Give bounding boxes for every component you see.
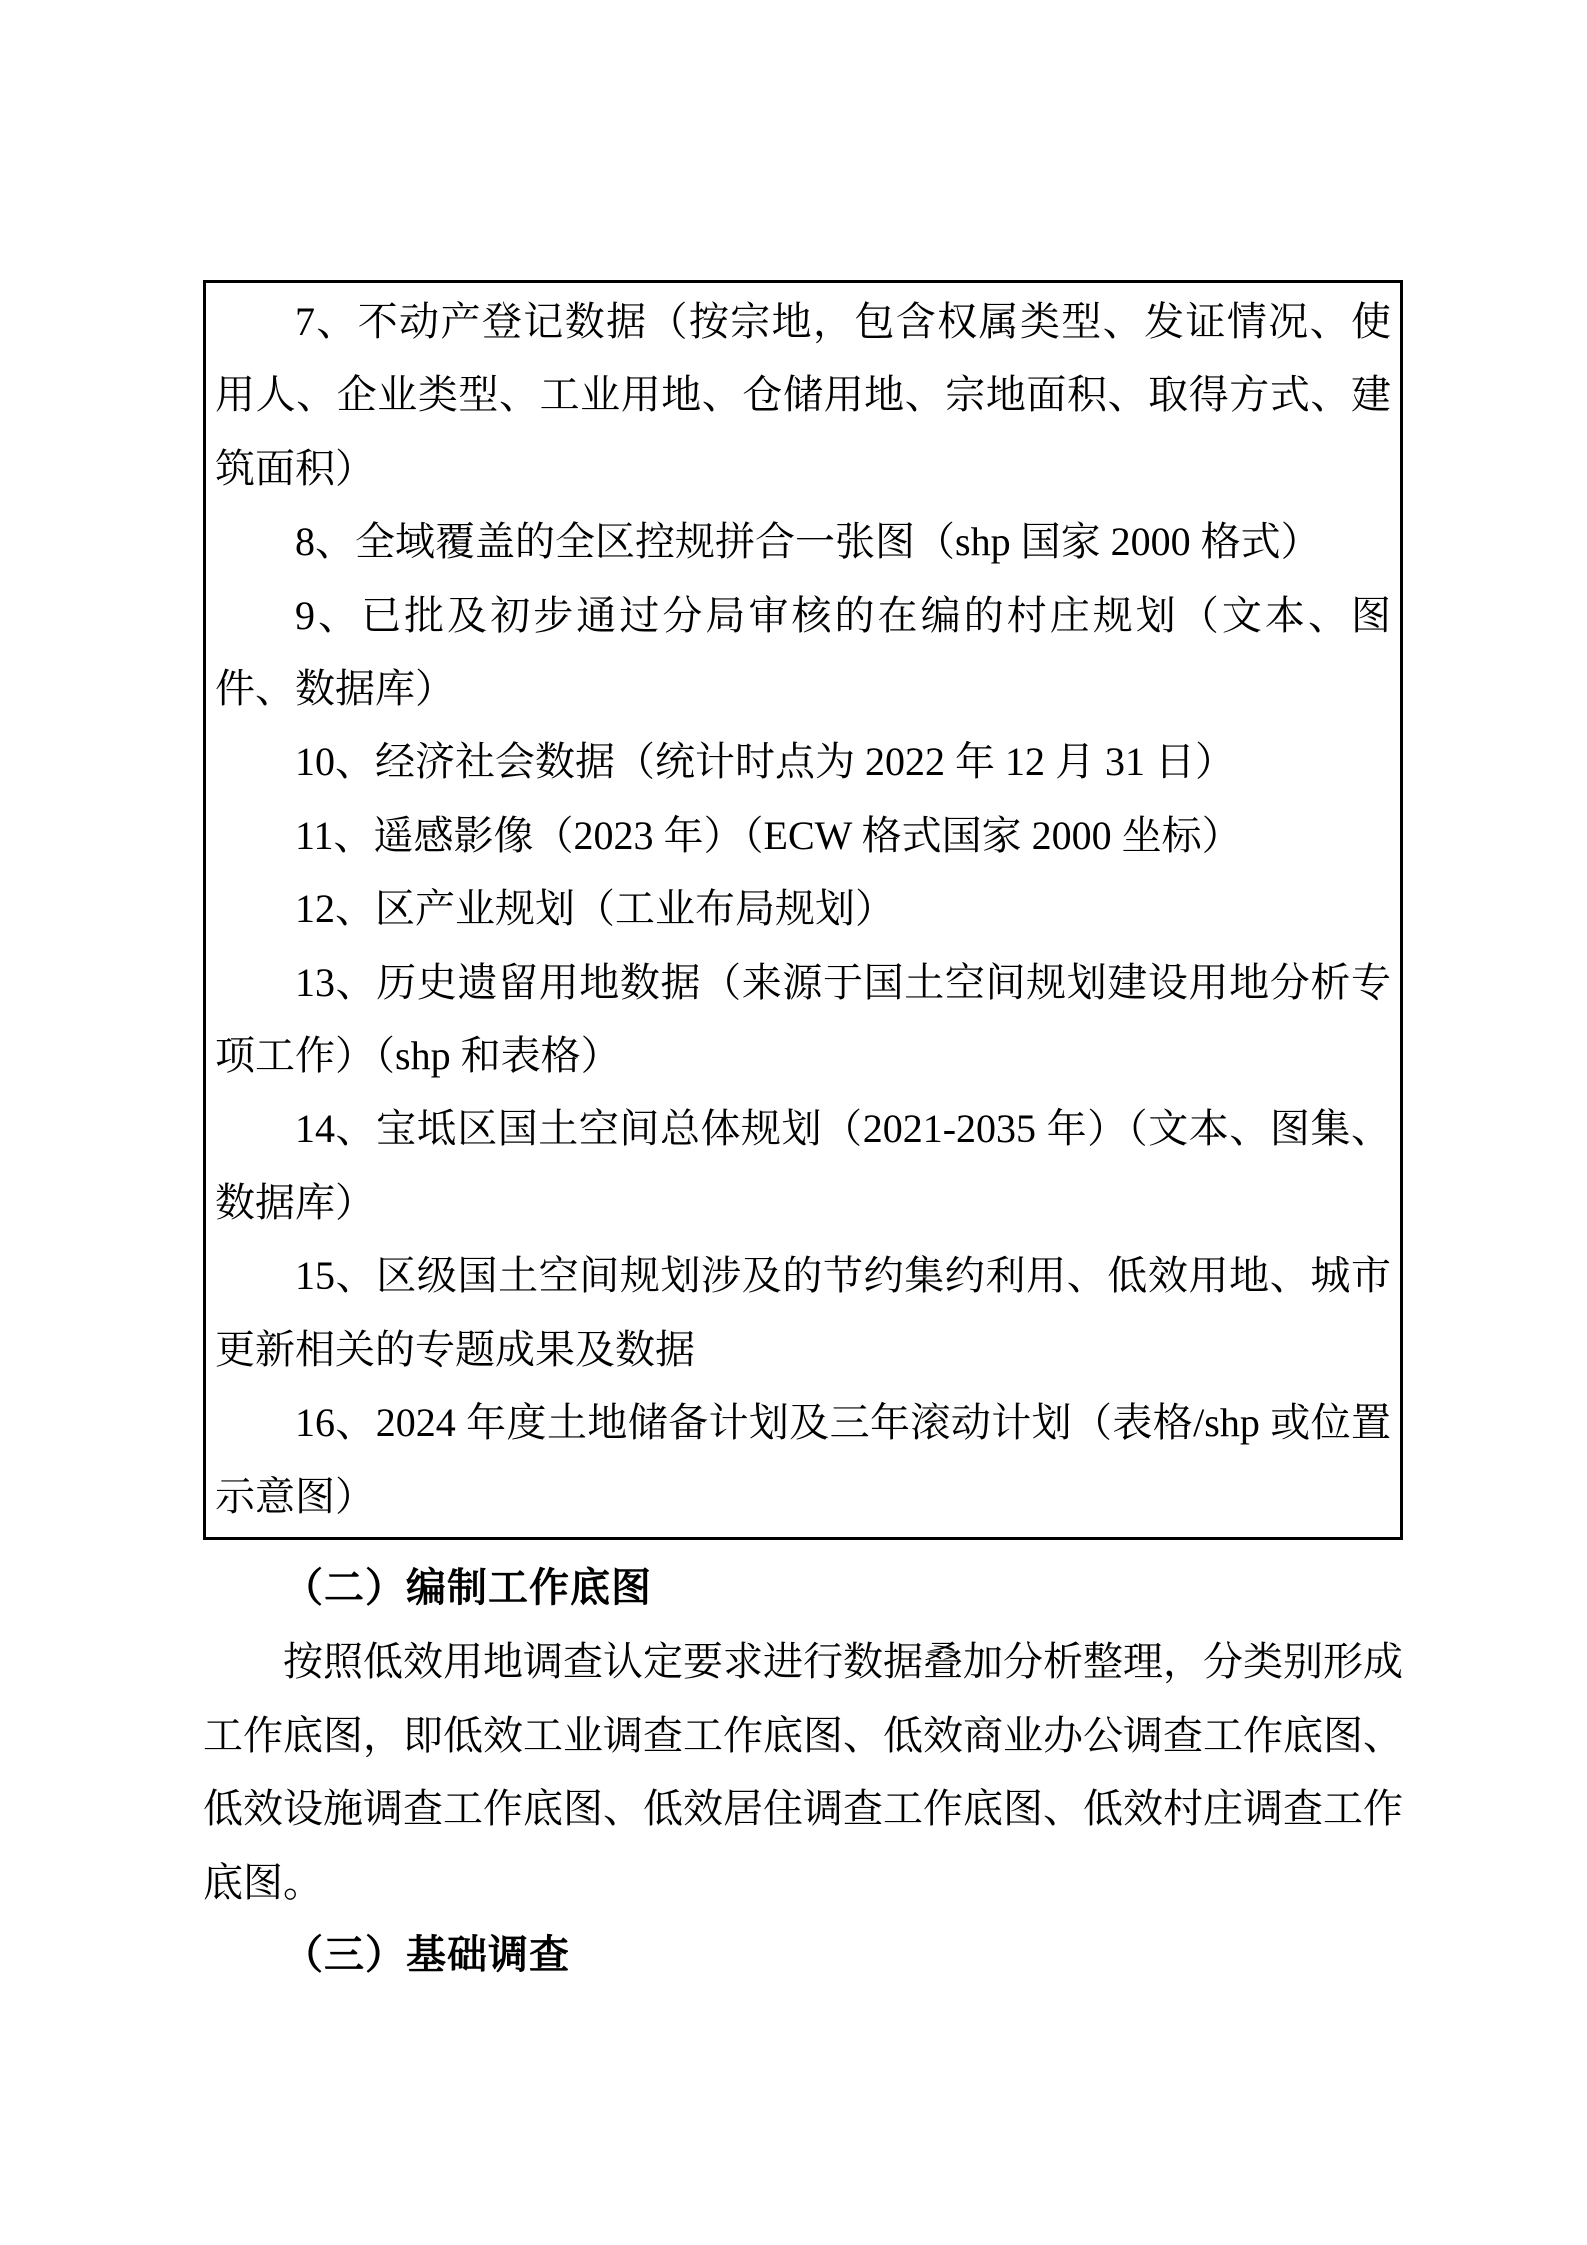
list-item-14: 14、宝坻区国土空间总体规划（2021-2035 年）（文本、图集、数据库） [215,1092,1391,1239]
list-item-8: 8、全域覆盖的全区控规拼合一张图（shp 国家 2000 格式） [215,505,1391,578]
list-item-9: 9、已批及初步通过分局审核的在编的村庄规划（文本、图件、数据库） [215,579,1391,726]
list-item-11: 11、遥感影像（2023 年）（ECW 格式国家 2000 坐标） [215,799,1391,872]
list-item-7: 7、不动产登记数据（按宗地，包含权属类型、发证情况、使用人、企业类型、工业用地、… [215,285,1391,505]
document-page: 7、不动产登记数据（按宗地，包含权属类型、发证情况、使用人、企业类型、工业用地、… [0,0,1587,2245]
list-item-16: 16、2024 年度土地储备计划及三年滚动计划（表格/shp 或位置示意图） [215,1386,1391,1533]
list-item-10: 10、经济社会数据（统计时点为 2022 年 12 月 31 日） [215,725,1391,798]
list-item-12: 12、区产业规划（工业布局规划） [215,872,1391,945]
section-heading-3: （三）基础调查 [203,1919,1403,1992]
section2-paragraph: 按照低效用地调查认定要求进行数据叠加分析整理，分类别形成工作底图，即低效工业调查… [203,1625,1403,1919]
document-content: 7、不动产登记数据（按宗地，包含权属类型、发证情况、使用人、企业类型、工业用地、… [203,280,1403,1992]
list-item-13: 13、历史遗留用地数据（来源于国土空间规划建设用地分析专项工作）（shp 和表格… [215,946,1391,1093]
list-item-15: 15、区级国土空间规划涉及的节约集约利用、低效用地、城市更新相关的专题成果及数据 [215,1239,1391,1386]
data-source-list-box: 7、不动产登记数据（按宗地，包含权属类型、发证情况、使用人、企业类型、工业用地、… [203,280,1403,1540]
section-heading-2: （二）编制工作底图 [203,1552,1403,1625]
